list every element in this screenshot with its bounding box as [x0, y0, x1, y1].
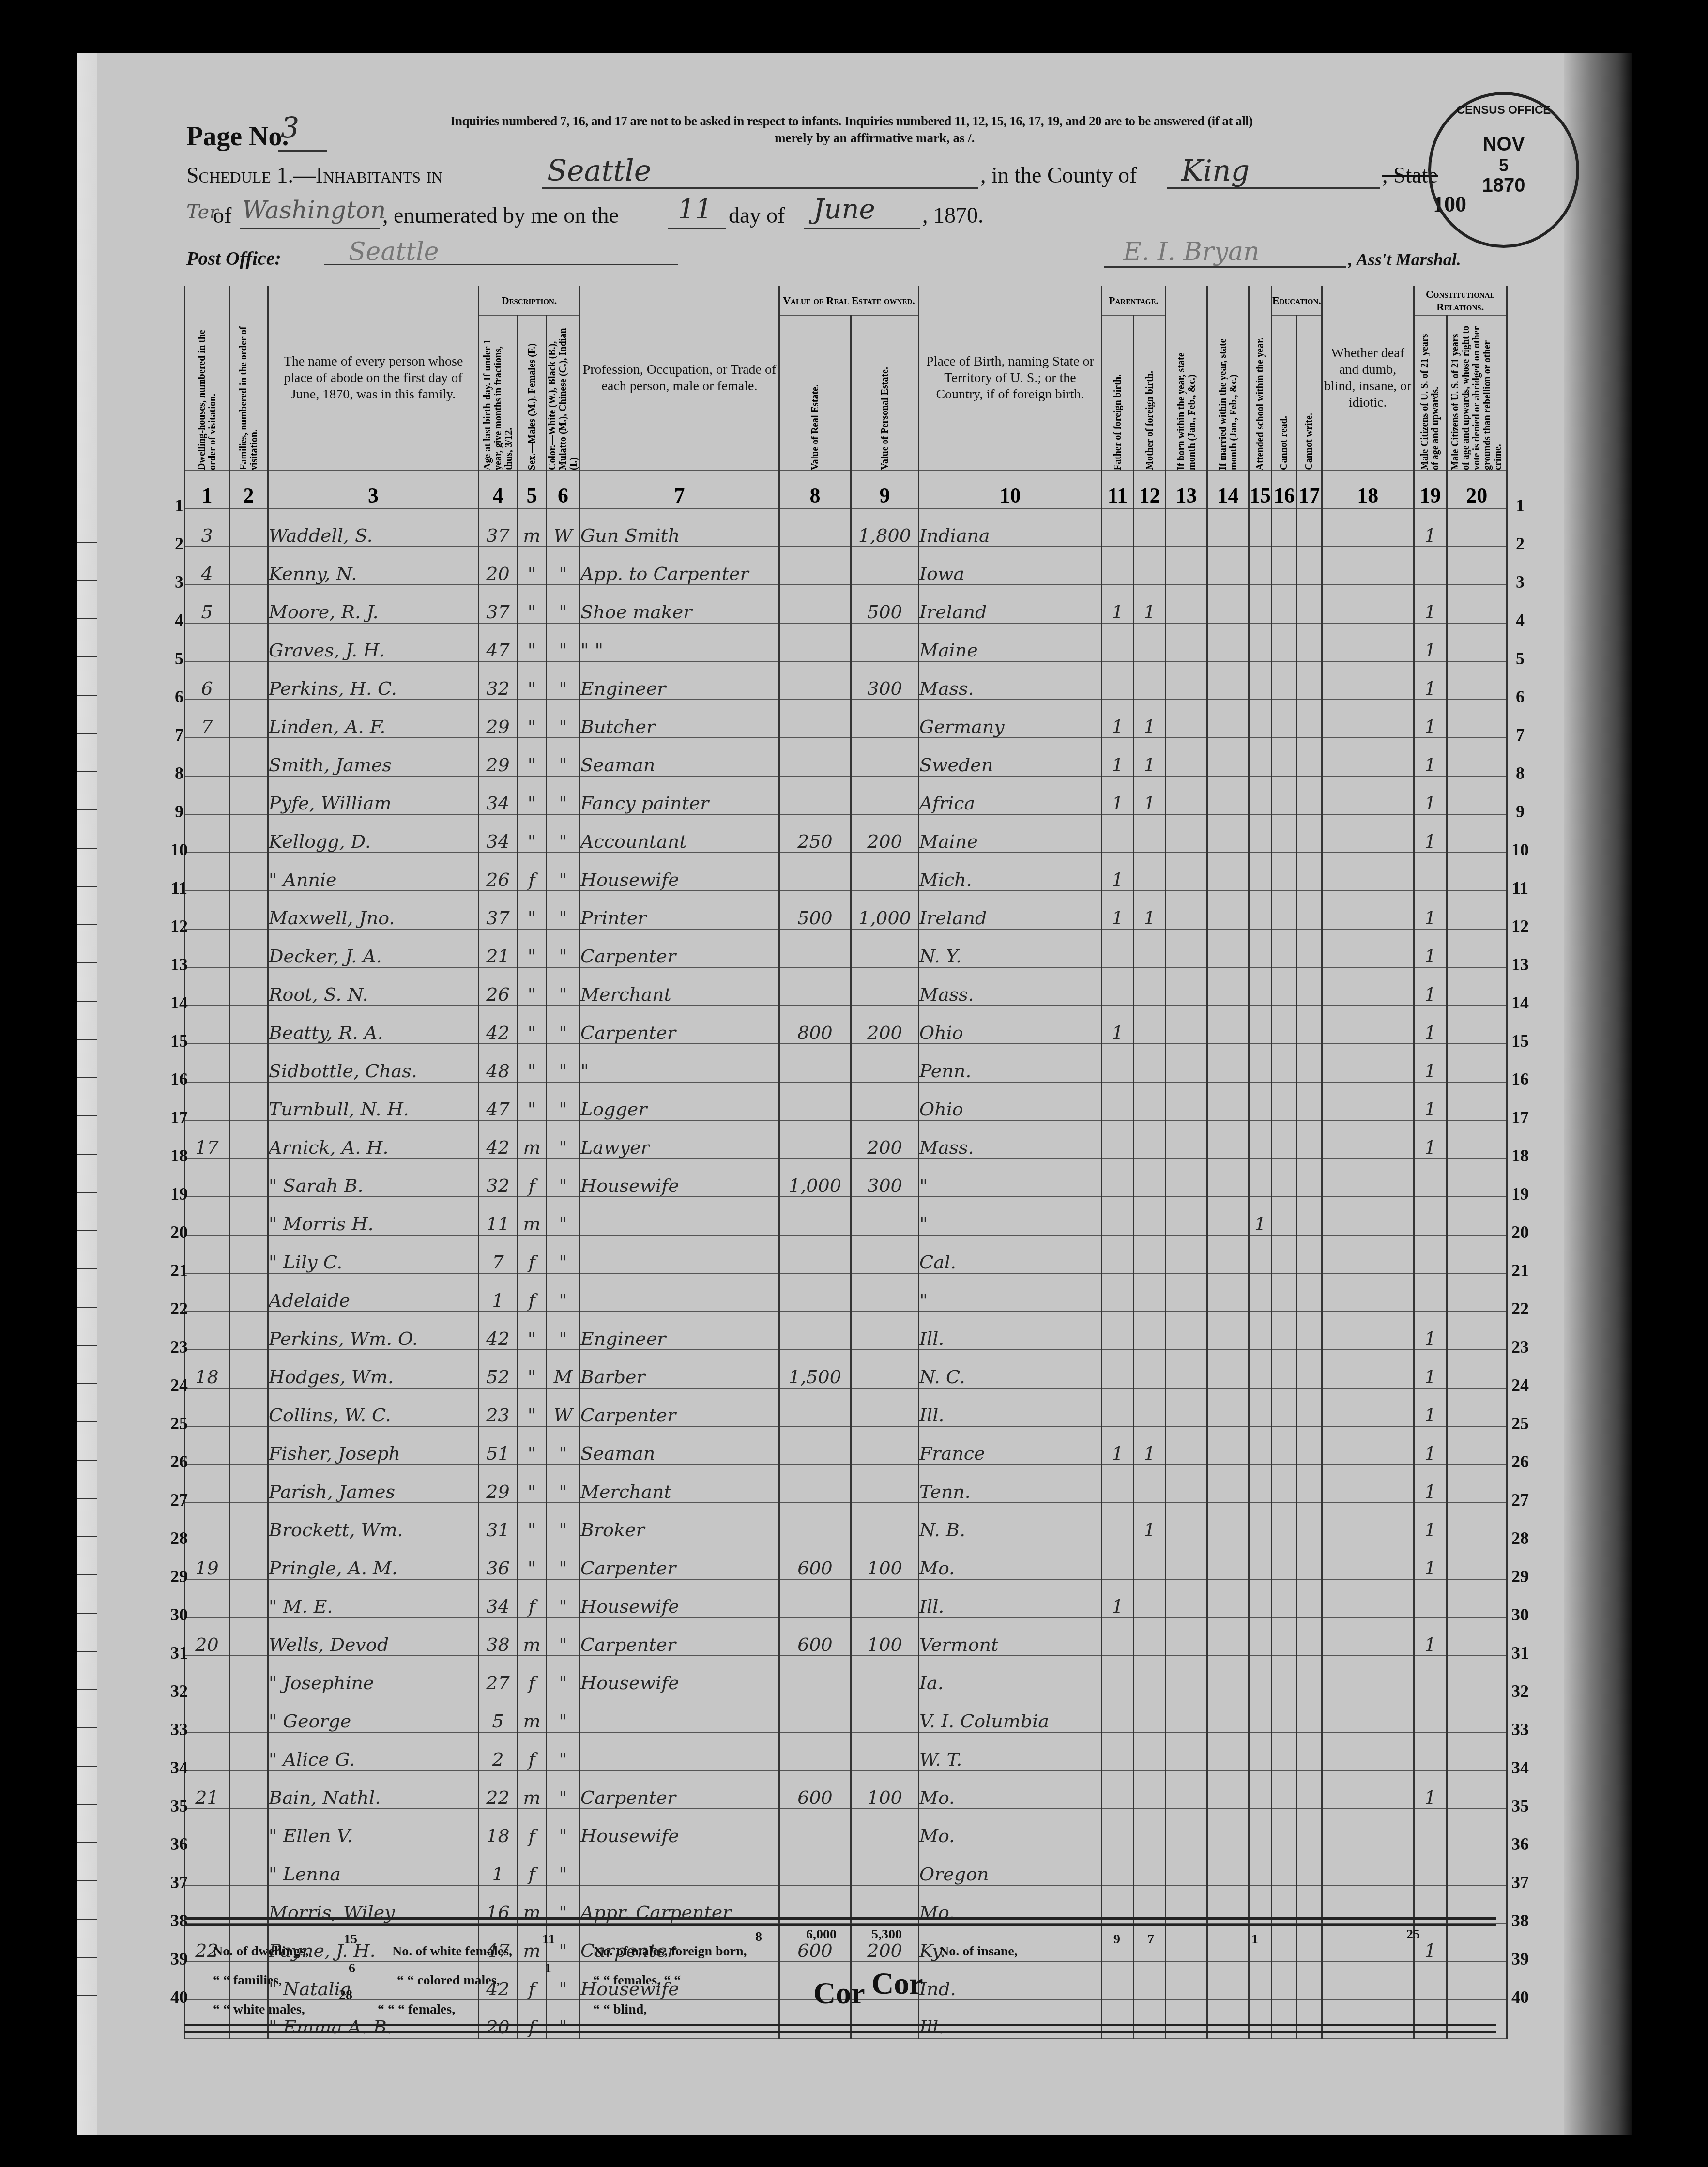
cell-real-estate-value	[779, 1426, 851, 1465]
cell-deaf-blind	[1322, 891, 1414, 929]
cell-father-foreign	[1102, 1962, 1134, 2000]
cell-father-foreign	[1102, 1503, 1134, 1541]
cell-sex: "	[518, 623, 547, 661]
cell-deaf-blind	[1322, 1006, 1414, 1044]
cell-sex: "	[518, 1312, 547, 1350]
cell-real-estate-value	[779, 1656, 851, 1694]
cell-vote-denied	[1447, 1847, 1507, 1885]
cell-male-citizen: 1	[1414, 1388, 1447, 1426]
cell-father-foreign	[1102, 1656, 1134, 1694]
cell-cannot-write	[1296, 1197, 1322, 1235]
cell-father-foreign	[1102, 1388, 1134, 1426]
total-mother-foreign: 7	[1147, 1932, 1154, 1947]
line-number: 18	[165, 1145, 194, 1166]
table-row: Brockett, Wm.31""BrokerN. B.11	[185, 1503, 1507, 1541]
line-number: 24	[1506, 1375, 1535, 1395]
cell-real-estate-value	[779, 508, 851, 547]
cell-mother-foreign	[1134, 1006, 1166, 1044]
cell-male-citizen: 1	[1414, 814, 1447, 853]
cell-cannot-read	[1272, 1044, 1297, 1082]
line-number: 19	[165, 1184, 194, 1204]
cell-vote-denied	[1447, 1541, 1507, 1579]
cell-person-name: Perkins, H. C.	[268, 661, 479, 700]
cell-family-number	[229, 1694, 268, 1732]
cell-personal-estate-value	[851, 1809, 919, 1847]
line-number: 1	[165, 495, 194, 516]
cell-deaf-blind	[1322, 1235, 1414, 1273]
cell-family-number	[229, 1197, 268, 1235]
cell-father-foreign	[1102, 508, 1134, 547]
schedule-label: Schedule 1.—Inhabitants in	[186, 162, 442, 188]
cell-attended-school	[1249, 1618, 1272, 1656]
cell-person-name: Moore, R. J.	[268, 585, 479, 623]
cell-attended-school	[1249, 853, 1272, 891]
cell-sex: "	[518, 967, 547, 1006]
summary-families: 6	[349, 1961, 355, 1976]
cell-father-foreign: 1	[1102, 1006, 1134, 1044]
cell-male-citizen	[1414, 1656, 1447, 1694]
table-row: Sidbottle, Chas.48"""Penn.1	[185, 1044, 1507, 1082]
cell-birthplace: Ia.	[919, 1656, 1102, 1694]
cell-color: "	[547, 1847, 580, 1885]
table-row: " Lenna1f"Oregon	[185, 1847, 1507, 1885]
cell-married-within-year	[1207, 661, 1249, 700]
cell-family-number	[229, 1809, 268, 1847]
cell-occupation: Housewife	[580, 1809, 779, 1847]
cell-occupation	[580, 1847, 779, 1885]
cell-personal-estate-value	[851, 1082, 919, 1120]
cell-father-foreign	[1102, 814, 1134, 853]
cell-birthplace: Indiana	[919, 508, 1102, 547]
cell-father-foreign: 1	[1102, 738, 1134, 776]
cell-sex: f	[518, 1962, 547, 2000]
cell-vote-denied	[1447, 1197, 1507, 1235]
cell-father-foreign	[1102, 1847, 1134, 1885]
cell-sex: "	[518, 929, 547, 967]
cell-mother-foreign	[1134, 1732, 1166, 1770]
cell-birthplace: Ind.	[919, 1962, 1102, 2000]
cell-vote-denied	[1447, 891, 1507, 929]
cell-mother-foreign: 1	[1134, 1426, 1166, 1465]
cell-born-within-year	[1166, 1426, 1207, 1465]
cell-male-citizen: 1	[1414, 929, 1447, 967]
cell-father-foreign	[1102, 1082, 1134, 1120]
cell-person-name: Collins, W. C.	[268, 1388, 479, 1426]
line-number: 8	[165, 763, 194, 783]
cell-occupation: Printer	[580, 891, 779, 929]
line-number: 36	[1506, 1834, 1535, 1854]
cell-family-number	[229, 1350, 268, 1388]
cell-vote-denied	[1447, 700, 1507, 738]
line-number: 10	[165, 839, 194, 860]
cell-color: "	[547, 1770, 580, 1809]
cell-occupation: Merchant	[580, 967, 779, 1006]
cell-married-within-year	[1207, 1273, 1249, 1312]
cell-personal-estate-value	[851, 1426, 919, 1465]
cell-occupation: "	[580, 1044, 779, 1082]
cell-cannot-read	[1272, 1465, 1297, 1503]
table-row: " Josephine27f"HousewifeIa.	[185, 1656, 1507, 1694]
total-real-estate: 6,000	[806, 1927, 837, 1942]
cell-mother-foreign: 1	[1134, 738, 1166, 776]
cell-birthplace: N. B.	[919, 1503, 1102, 1541]
cell-occupation: Gun Smith	[580, 508, 779, 547]
cell-person-name: Pringle, A. M.	[268, 1541, 479, 1579]
cell-real-estate-value	[779, 1197, 851, 1235]
cell-mother-foreign: 1	[1134, 1503, 1166, 1541]
cell-cannot-read	[1272, 891, 1297, 929]
cell-family-number	[229, 508, 268, 547]
line-number: 12	[165, 916, 194, 936]
cell-cannot-read	[1272, 1656, 1297, 1694]
cell-father-foreign	[1102, 547, 1134, 585]
cell-attended-school	[1249, 585, 1272, 623]
cell-family-number	[229, 585, 268, 623]
line-number: 4	[165, 610, 194, 630]
line-number: 35	[165, 1796, 194, 1816]
cell-attended-school	[1249, 814, 1272, 853]
cell-family-number	[229, 547, 268, 585]
cell-color: "	[547, 1273, 580, 1312]
cell-male-citizen: 1	[1414, 891, 1447, 929]
table-row: Smith, James29""SeamanSweden111	[185, 738, 1507, 776]
cell-mother-foreign	[1134, 1120, 1166, 1159]
cell-occupation: Accountant	[580, 814, 779, 853]
line-number: 27	[1506, 1490, 1535, 1510]
cell-age: 36	[479, 1541, 518, 1579]
cell-age: 47	[479, 623, 518, 661]
cell-mother-foreign	[1134, 814, 1166, 853]
line-number: 10	[1506, 839, 1535, 860]
cell-occupation: Fancy painter	[580, 776, 779, 814]
cell-occupation: Housewife	[580, 853, 779, 891]
cell-male-citizen: 1	[1414, 1503, 1447, 1541]
cell-color: "	[547, 547, 580, 585]
cell-married-within-year	[1207, 1694, 1249, 1732]
cell-sex: "	[518, 700, 547, 738]
cell-cannot-write	[1296, 585, 1322, 623]
cell-vote-denied	[1447, 508, 1507, 547]
cell-vote-denied	[1447, 1503, 1507, 1541]
cell-personal-estate-value	[851, 1235, 919, 1273]
table-row: 5Moore, R. J.37""Shoe maker500Ireland111	[185, 585, 1507, 623]
cell-vote-denied	[1447, 1120, 1507, 1159]
cell-vote-denied	[1447, 1694, 1507, 1732]
col-header-married-within-year: If married within the year, state month …	[1207, 286, 1249, 471]
cell-married-within-year	[1207, 929, 1249, 967]
cell-personal-estate-value: 100	[851, 1541, 919, 1579]
cell-family-number	[229, 661, 268, 700]
cell-age: 21	[479, 929, 518, 967]
line-number: 14	[1506, 992, 1535, 1013]
col-header-vote-denied: Male Citizens of U. S. of 21 years of ag…	[1447, 316, 1507, 471]
col-header-age: Age at last birth-day. If under 1 year, …	[479, 316, 518, 471]
table-row: " Alice G.2f"W. T.	[185, 1732, 1507, 1770]
line-number: 37	[165, 1872, 194, 1892]
cell-age: 23	[479, 1388, 518, 1426]
cell-vote-denied	[1447, 1273, 1507, 1312]
cell-attended-school	[1249, 1312, 1272, 1350]
cell-family-number	[229, 1273, 268, 1312]
cell-family-number	[229, 1082, 268, 1120]
cell-born-within-year	[1166, 1694, 1207, 1732]
cell-cannot-read	[1272, 1770, 1297, 1809]
table-row: " Morris H.11m""1	[185, 1197, 1507, 1235]
cell-color: "	[547, 1809, 580, 1847]
cell-occupation	[580, 1732, 779, 1770]
cell-person-name: Maxwell, Jno.	[268, 891, 479, 929]
cell-person-name: " M. E.	[268, 1579, 479, 1618]
territory-name: Washington	[242, 196, 386, 224]
cell-person-name: Arnick, A. H.	[268, 1120, 479, 1159]
cell-deaf-blind	[1322, 1159, 1414, 1197]
cell-occupation: Logger	[580, 1082, 779, 1120]
cell-male-citizen	[1414, 853, 1447, 891]
cell-occupation: Merchant	[580, 1465, 779, 1503]
cell-occupation: Carpenter	[580, 1770, 779, 1809]
cell-mother-foreign: 1	[1134, 776, 1166, 814]
cell-personal-estate-value	[851, 853, 919, 891]
cell-mother-foreign	[1134, 1962, 1166, 2000]
cell-birthplace: Vermont	[919, 1618, 1102, 1656]
col-group-education: Education.	[1272, 286, 1322, 316]
summary-white-females-label: No. of white females,	[392, 1944, 512, 1959]
cell-personal-estate-value	[851, 1847, 919, 1885]
line-number: 8	[1506, 763, 1535, 783]
col-header-family: Families, numbered in the order of visit…	[229, 286, 268, 471]
cell-deaf-blind	[1322, 1312, 1414, 1350]
line-number: 7	[165, 725, 194, 745]
line-number: 30	[165, 1604, 194, 1625]
table-row: " Annie26f"HousewifeMich.1	[185, 853, 1507, 891]
cell-personal-estate-value	[851, 929, 919, 967]
cell-cannot-read	[1272, 1273, 1297, 1312]
cell-cannot-read	[1272, 1159, 1297, 1197]
cell-cannot-read	[1272, 1388, 1297, 1426]
cell-occupation: Carpenter	[580, 1006, 779, 1044]
cell-attended-school	[1249, 1006, 1272, 1044]
line-number: 9	[165, 801, 194, 822]
cell-deaf-blind	[1322, 508, 1414, 547]
cell-vote-denied	[1447, 738, 1507, 776]
cell-color: "	[547, 853, 580, 891]
cell-cannot-write	[1296, 1732, 1322, 1770]
cell-family-number	[229, 776, 268, 814]
cell-father-foreign	[1102, 929, 1134, 967]
cell-family-number	[229, 738, 268, 776]
cell-cannot-write	[1296, 1962, 1322, 2000]
cell-person-name: Perkins, Wm. O.	[268, 1312, 479, 1350]
cell-person-name: Smith, James	[268, 738, 479, 776]
cell-married-within-year	[1207, 1426, 1249, 1465]
cell-deaf-blind	[1322, 853, 1414, 891]
cell-sex: f	[518, 1579, 547, 1618]
cell-age: 32	[479, 1159, 518, 1197]
cell-vote-denied	[1447, 661, 1507, 700]
cell-attended-school	[1249, 1579, 1272, 1618]
cell-birthplace: Ohio	[919, 1082, 1102, 1120]
cell-age: 34	[479, 776, 518, 814]
cell-personal-estate-value	[851, 967, 919, 1006]
cell-family-number	[229, 1388, 268, 1426]
cell-birthplace: N. Y.	[919, 929, 1102, 967]
cell-color: W	[547, 508, 580, 547]
line-number: 2	[1506, 534, 1535, 554]
cell-sex: "	[518, 891, 547, 929]
cell-birthplace: N. C.	[919, 1350, 1102, 1388]
table-row: Decker, J. A.21""CarpenterN. Y.1	[185, 929, 1507, 967]
cell-born-within-year	[1166, 1120, 1207, 1159]
cell-father-foreign	[1102, 1273, 1134, 1312]
cell-sex: "	[518, 1541, 547, 1579]
cell-personal-estate-value: 300	[851, 661, 919, 700]
line-number: 26	[1506, 1451, 1535, 1472]
cell-cannot-write	[1296, 1235, 1322, 1273]
cell-real-estate-value	[779, 1235, 851, 1273]
cell-mother-foreign	[1134, 1541, 1166, 1579]
cell-occupation: Seaman	[580, 738, 779, 776]
cell-personal-estate-value: 500	[851, 585, 919, 623]
total-citizens: 25	[1406, 1927, 1420, 1942]
cell-cannot-write	[1296, 891, 1322, 929]
cell-deaf-blind	[1322, 814, 1414, 853]
cell-birthplace: Ireland	[919, 891, 1102, 929]
cell-vote-denied	[1447, 776, 1507, 814]
cell-cannot-read	[1272, 1503, 1297, 1541]
cell-personal-estate-value: 1,800	[851, 508, 919, 547]
totals-divider	[184, 1917, 1496, 1926]
table-row: Graves, J. H.47""" "Maine1	[185, 623, 1507, 661]
cell-attended-school	[1249, 967, 1272, 1006]
cell-attended-school	[1249, 623, 1272, 661]
cell-age: 48	[479, 1044, 518, 1082]
cell-male-citizen	[1414, 1579, 1447, 1618]
cell-cannot-read	[1272, 1541, 1297, 1579]
cell-birthplace: France	[919, 1426, 1102, 1465]
col-group-parentage: Parentage.	[1102, 286, 1166, 316]
cell-married-within-year	[1207, 547, 1249, 585]
cell-birthplace: V. I. Columbia	[919, 1694, 1102, 1732]
line-number: 9	[1506, 801, 1535, 822]
cell-personal-estate-value	[851, 1579, 919, 1618]
cell-sex: "	[518, 661, 547, 700]
cell-vote-denied	[1447, 1312, 1507, 1350]
of-label: of	[213, 202, 231, 228]
cell-person-name: " Lenna	[268, 1847, 479, 1885]
cell-mother-foreign: 1	[1134, 700, 1166, 738]
cell-attended-school	[1249, 1770, 1272, 1809]
cell-cannot-write	[1296, 1618, 1322, 1656]
cell-cannot-write	[1296, 1082, 1322, 1120]
cell-color: "	[547, 1006, 580, 1044]
cell-real-estate-value: 600	[779, 1541, 851, 1579]
cell-birthplace: Germany	[919, 700, 1102, 738]
cell-deaf-blind	[1322, 1388, 1414, 1426]
line-number: 16	[165, 1069, 194, 1089]
cell-deaf-blind	[1322, 700, 1414, 738]
table-row: " M. E.34f"HousewifeIll.1	[185, 1579, 1507, 1618]
cell-male-citizen: 1	[1414, 776, 1447, 814]
cell-age: 7	[479, 1235, 518, 1273]
table-row: 6Perkins, H. C.32""Engineer300Mass.1	[185, 661, 1507, 700]
cell-sex: m	[518, 508, 547, 547]
cell-deaf-blind	[1322, 1197, 1414, 1235]
cell-color: "	[547, 1656, 580, 1694]
cell-attended-school	[1249, 1120, 1272, 1159]
summary-white-females: 11	[542, 1932, 555, 1947]
cell-birthplace: Mich.	[919, 853, 1102, 891]
cell-born-within-year	[1166, 508, 1207, 547]
cell-mother-foreign	[1134, 1694, 1166, 1732]
cell-family-number	[229, 1656, 268, 1694]
cell-person-name: Linden, A. F.	[268, 700, 479, 738]
table-row: Root, S. N.26""MerchantMass.1	[185, 967, 1507, 1006]
cell-real-estate-value: 1,000	[779, 1159, 851, 1197]
cell-birthplace: Cal.	[919, 1235, 1102, 1273]
cell-cannot-write	[1296, 814, 1322, 853]
cell-birthplace: Mo.	[919, 1770, 1102, 1809]
cell-real-estate-value	[779, 1732, 851, 1770]
cell-birthplace: Iowa	[919, 547, 1102, 585]
cell-deaf-blind	[1322, 1465, 1414, 1503]
cell-cannot-read	[1272, 853, 1297, 891]
line-number: 33	[165, 1719, 194, 1740]
cell-born-within-year	[1166, 814, 1207, 853]
cell-born-within-year	[1166, 661, 1207, 700]
cell-married-within-year	[1207, 776, 1249, 814]
cell-color: "	[547, 1732, 580, 1770]
cell-family-number	[229, 1235, 268, 1273]
cell-born-within-year	[1166, 967, 1207, 1006]
line-number: 21	[1506, 1260, 1535, 1281]
cell-color: "	[547, 700, 580, 738]
cell-sex: f	[518, 1235, 547, 1273]
cell-married-within-year	[1207, 1082, 1249, 1120]
cell-male-citizen	[1414, 1235, 1447, 1273]
cell-male-citizen: 1	[1414, 585, 1447, 623]
cell-occupation: Shoe maker	[580, 585, 779, 623]
cell-cannot-read	[1272, 967, 1297, 1006]
cell-vote-denied	[1447, 1618, 1507, 1656]
cell-born-within-year	[1166, 1312, 1207, 1350]
cell-married-within-year	[1207, 1159, 1249, 1197]
cell-age: 26	[479, 967, 518, 1006]
cell-cannot-write	[1296, 1809, 1322, 1847]
cell-family-number	[229, 1541, 268, 1579]
cell-married-within-year	[1207, 1923, 1249, 1962]
total-personal-estate: 5,300	[871, 1927, 902, 1942]
line-number: 20	[165, 1222, 194, 1242]
cell-color: "	[547, 623, 580, 661]
cell-color: "	[547, 1120, 580, 1159]
cell-color: "	[547, 967, 580, 1006]
cell-real-estate-value	[779, 1809, 851, 1847]
cell-person-name: Graves, J. H.	[268, 623, 479, 661]
cell-color: W	[547, 1388, 580, 1426]
line-number: 23	[1506, 1337, 1535, 1357]
cell-cannot-read	[1272, 929, 1297, 967]
cell-birthplace: Ill.	[919, 1312, 1102, 1350]
cell-attended-school	[1249, 1235, 1272, 1273]
cell-color: "	[547, 1618, 580, 1656]
page-number: 3	[281, 111, 299, 145]
cell-mother-foreign	[1134, 1273, 1166, 1312]
cell-real-estate-value	[779, 1120, 851, 1159]
cell-mother-foreign	[1134, 1082, 1166, 1120]
col-header-real-estate: Value of Real Estate.	[779, 316, 851, 471]
cell-father-foreign	[1102, 967, 1134, 1006]
cell-father-foreign	[1102, 1159, 1134, 1197]
